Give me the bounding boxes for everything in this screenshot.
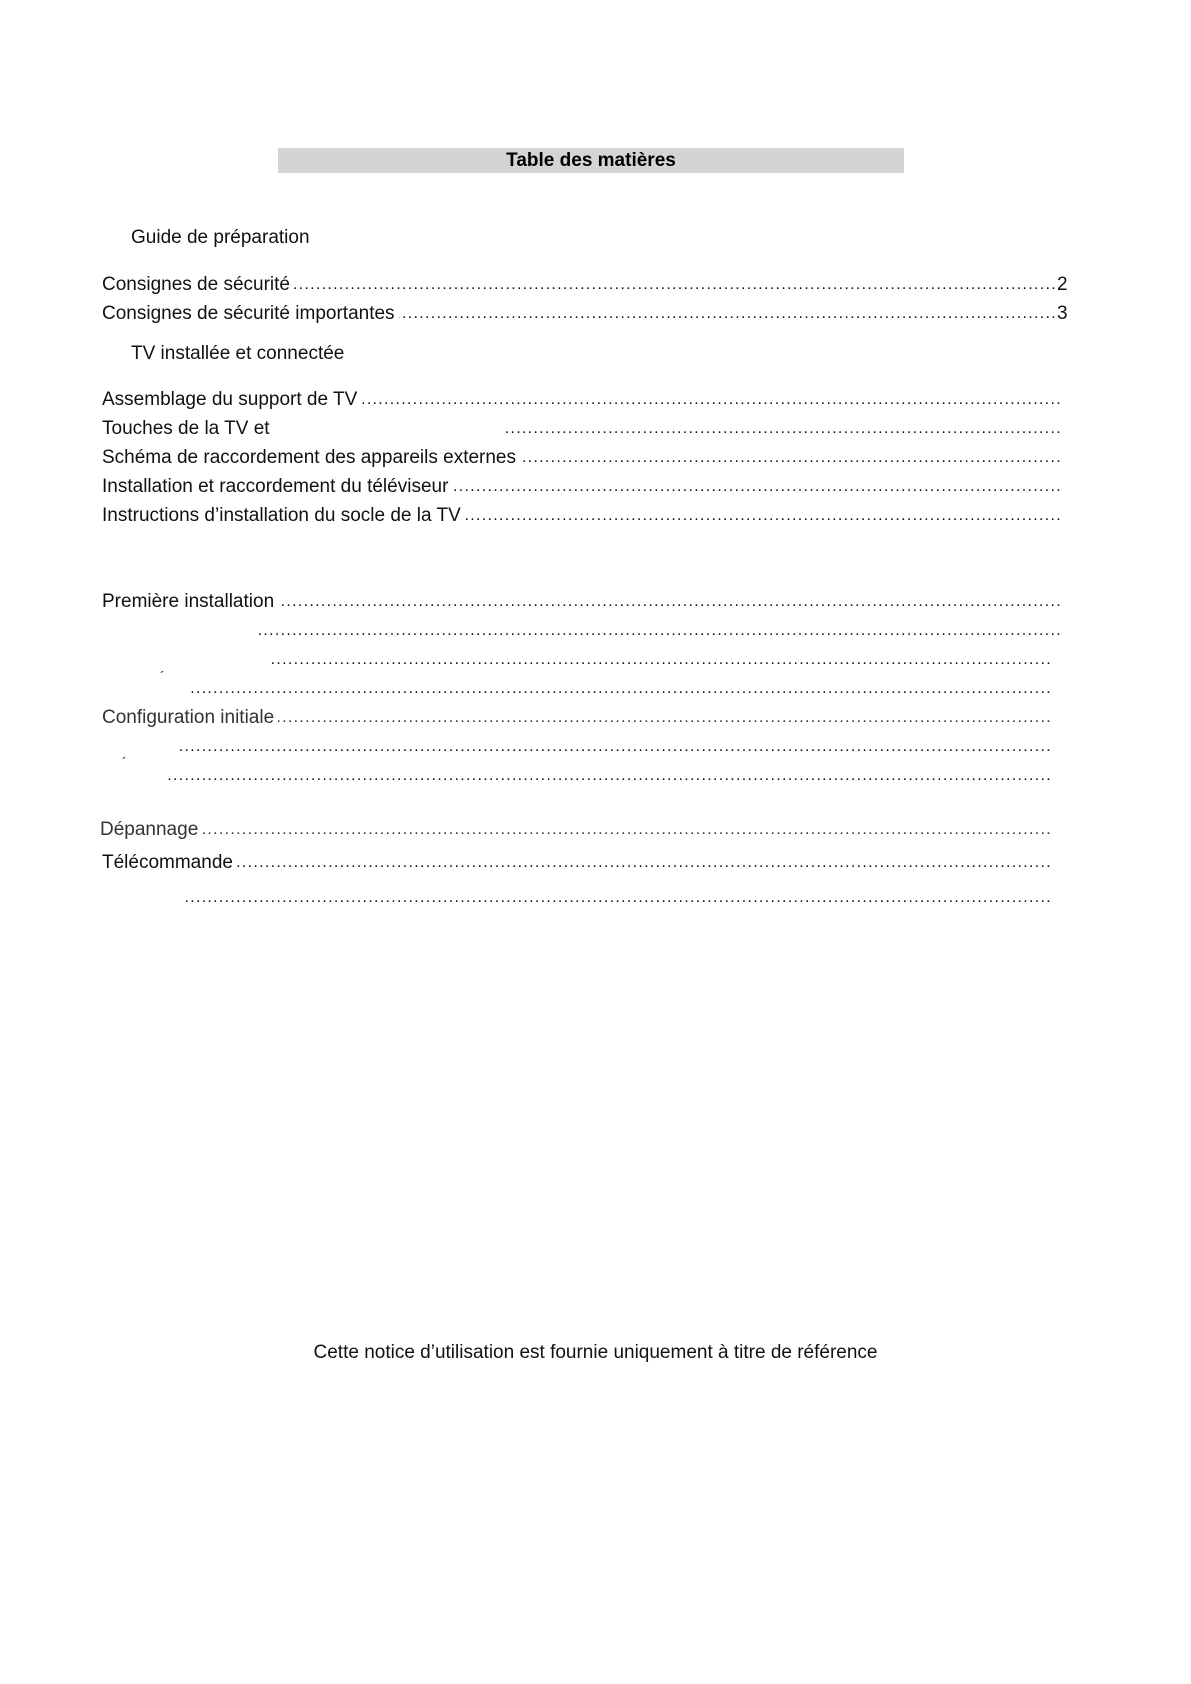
toc-entry[interactable]: Instructions d’installation du socle de … bbox=[102, 504, 1062, 528]
toc-entry-page: 2 bbox=[1057, 273, 1068, 297]
dot-leader bbox=[257, 619, 1062, 643]
dot-leader bbox=[272, 648, 1052, 672]
dot-leader bbox=[502, 417, 1062, 441]
toc-entry-page: 3 bbox=[1057, 302, 1068, 326]
toc-entry[interactable] bbox=[102, 886, 1052, 910]
dot-leader bbox=[168, 764, 1052, 788]
dot-leader bbox=[100, 818, 1052, 842]
toc-entry[interactable]: Consignes de sécurité importantes 3 bbox=[102, 302, 1072, 326]
toc-entry[interactable]: Dépannage bbox=[100, 818, 1052, 842]
toc-entry-label: Consignes de sécurité bbox=[102, 273, 294, 297]
section-heading-preparation: Guide de préparation bbox=[131, 226, 310, 250]
toc-entry[interactable] bbox=[102, 619, 1062, 643]
toc-entry-label: Assemblage du support de TV bbox=[102, 388, 361, 412]
toc-entry-label: Instructions d’installation du socle de … bbox=[102, 504, 465, 528]
toc-entry[interactable]: Installation et raccordement du télévise… bbox=[102, 475, 1062, 499]
toc-entry-label: Dépannage bbox=[100, 818, 202, 842]
toc-entry[interactable] bbox=[102, 735, 1052, 759]
toc-entry[interactable]: Consignes de sécurité 2 bbox=[102, 273, 1072, 297]
toc-entry-label: Installation et raccordement du télévise… bbox=[102, 475, 452, 499]
toc-entry[interactable] bbox=[102, 648, 1052, 672]
dot-leader bbox=[188, 677, 1052, 701]
toc-entry-label: Première installation bbox=[102, 590, 278, 614]
toc-title: Table des matières bbox=[278, 148, 904, 173]
toc-entry[interactable]: Touches de la TV et bbox=[102, 417, 1062, 441]
section-heading-tv-installation: TV installée et connectée bbox=[131, 342, 344, 366]
footer-note: Cette notice d’utilisation est fournie u… bbox=[0, 1341, 1191, 1365]
toc-entry-label: Touches de la TV et bbox=[102, 417, 274, 441]
toc-entry[interactable] bbox=[102, 764, 1052, 788]
toc-entry-label: Schéma de raccordement des appareils ext… bbox=[102, 446, 520, 470]
toc-entry[interactable]: Première installation bbox=[102, 590, 1062, 614]
dot-leader bbox=[186, 886, 1052, 910]
dot-leader bbox=[178, 735, 1052, 759]
toc-entry[interactable] bbox=[102, 677, 1052, 701]
toc-entry[interactable]: Télécommande bbox=[102, 851, 1052, 875]
toc-entry-label: Configuration initiale bbox=[102, 706, 278, 730]
dot-leader bbox=[102, 851, 1052, 875]
toc-entry[interactable]: Assemblage du support de TV bbox=[102, 388, 1062, 412]
toc-entry[interactable]: Configuration initiale bbox=[102, 706, 1052, 730]
toc-entry-label: Consignes de sécurité importantes bbox=[102, 302, 399, 326]
toc-entry[interactable]: Schéma de raccordement des appareils ext… bbox=[102, 446, 1062, 470]
toc-entry-label: Télécommande bbox=[102, 851, 237, 875]
